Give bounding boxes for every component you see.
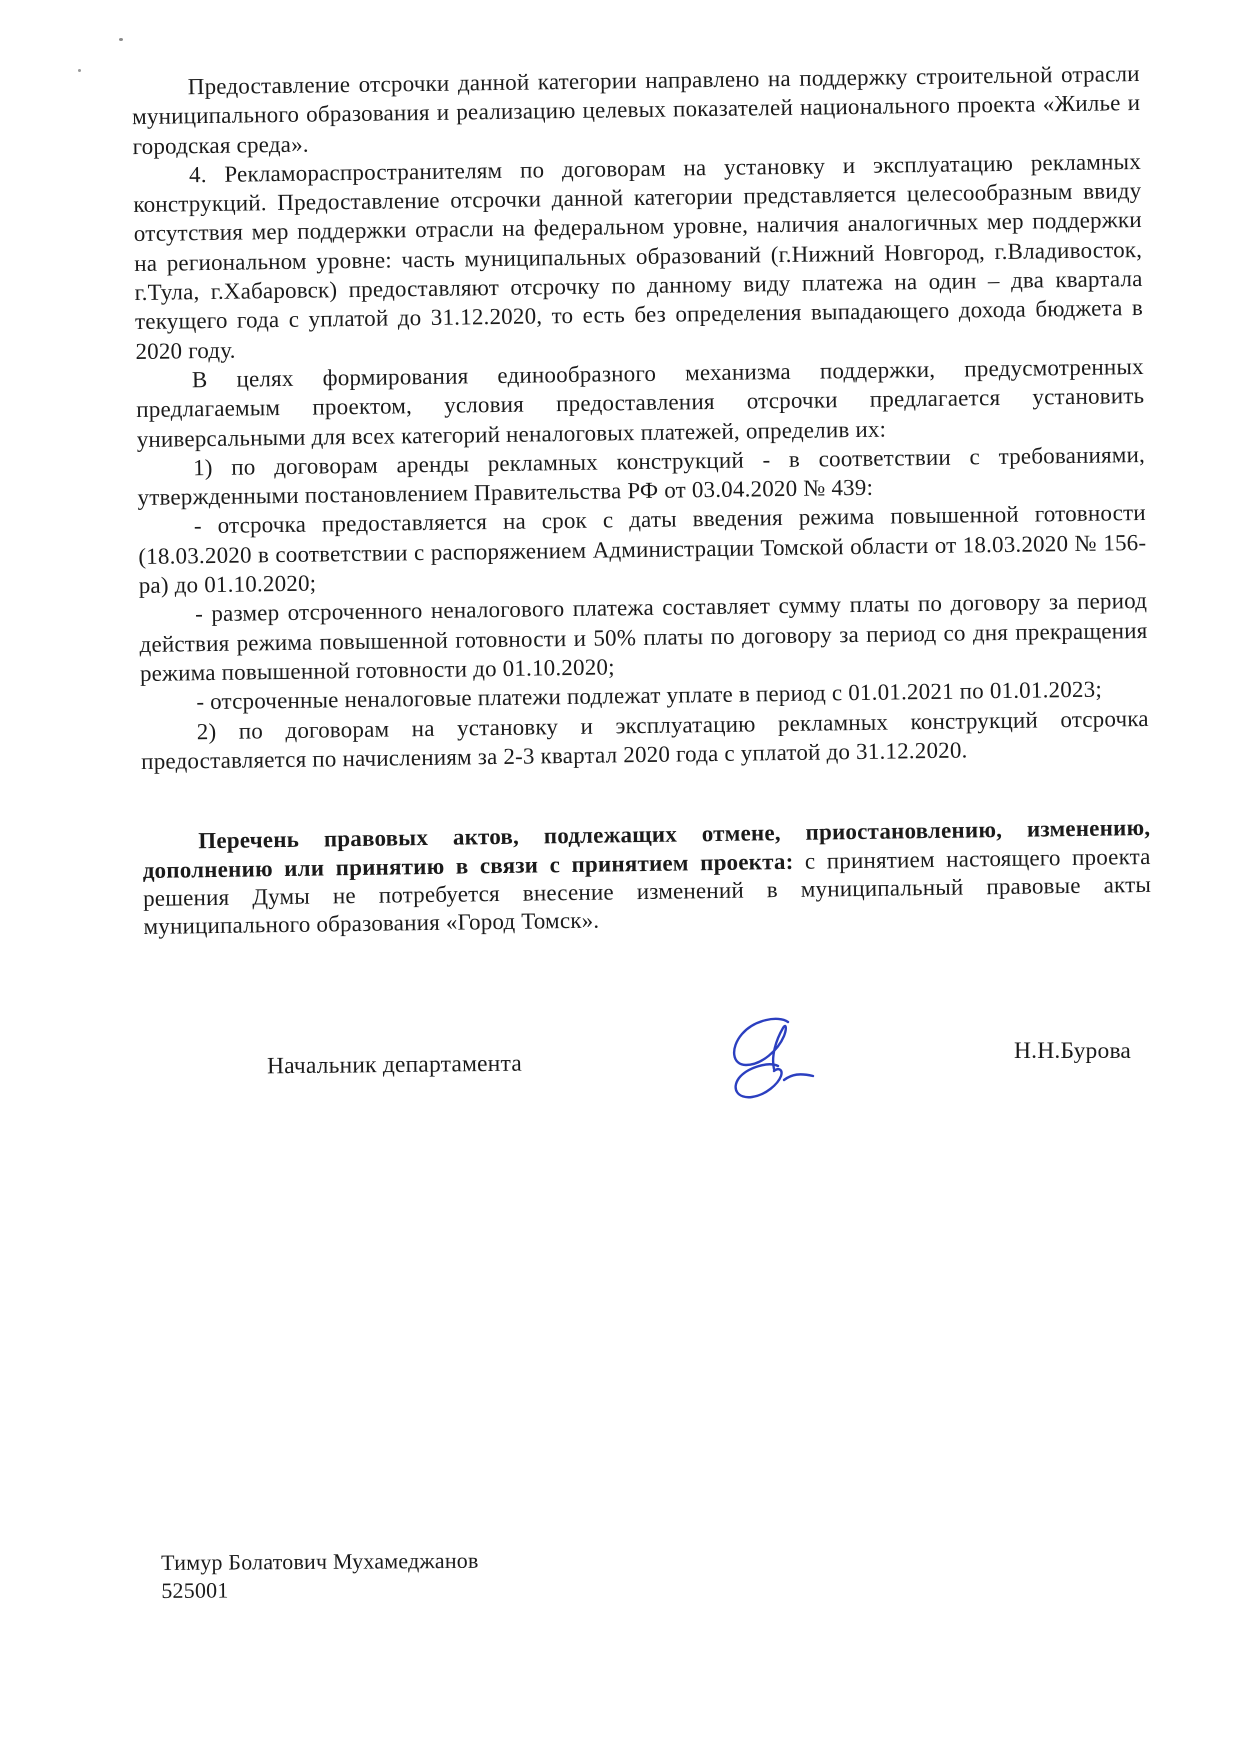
document-page: Предоставление отсрочки данной категории… — [0, 0, 1240, 1753]
executor-phone: 525001 — [161, 1575, 479, 1605]
final-paragraph: Перечень правовых актов, подлежащих отме… — [142, 814, 1151, 942]
signer-name: Н.Н.Бурова — [1014, 1038, 1131, 1065]
scan-speck-icon — [119, 38, 123, 41]
paragraph: - отсрочка предоставляется на срок с дат… — [138, 498, 1147, 600]
signature-icon — [716, 1012, 826, 1107]
paragraph: - размер отсроченного неналогового плате… — [139, 586, 1148, 688]
executor-block: Тимур Болатович Мухамеджанов 525001 — [161, 1547, 479, 1605]
document-body: Предоставление отсрочки данной категории… — [132, 59, 1152, 942]
paragraph: В целях формирования единообразного меха… — [136, 352, 1145, 454]
paragraph: 4. Рекламораспространителям по договорам… — [133, 147, 1144, 366]
scan-speck-icon — [78, 69, 81, 72]
post-title: Начальник департамента — [267, 1051, 522, 1081]
paragraph: Предоставление отсрочки данной категории… — [132, 59, 1141, 161]
executor-name: Тимур Болатович Мухамеджанов — [161, 1547, 479, 1577]
